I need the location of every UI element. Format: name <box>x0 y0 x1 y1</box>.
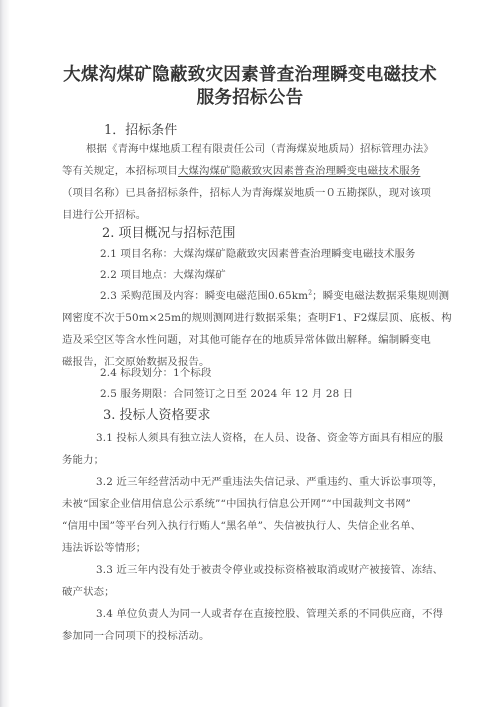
item-2-3-line: 造及采空区等含水性问题，对其他可能存在的地质异常体做出解释。编制瞬变电 <box>62 331 431 346</box>
paragraph-line: 等有关规定，本招标项目大煤沟煤矿隐蔽致灾因素普查治理瞬变电磁技术服务 <box>62 162 420 177</box>
item-3-4-line: 3.4 单位负责人为同一人或者存在直接控股、管理关系的不同供应商，不得 <box>96 605 443 620</box>
item-3-2-line: 违法诉讼等情形； <box>62 539 146 554</box>
item-2-3-text: 2.3 采购范围及内容：瞬变电磁范围0.65km <box>100 290 308 302</box>
item-3-1-line: 3.1 投标人须具有独立法人资格，在人员、设备、资金等方面具有相应的服 <box>96 429 443 444</box>
paragraph-text: 等有关规定，本招标项目 <box>62 165 178 177</box>
section-heading-1: 1．招标条件 <box>104 119 177 138</box>
item-2-2: 2.2 项目地点：大煤沟煤矿 <box>100 266 226 281</box>
item-3-1-line: 务能力； <box>62 451 104 466</box>
item-2-3-line: 网密度不次于50m×25m的规则测网进行数据采集；查明F1、F2煤层顶、底板、构 <box>62 309 452 324</box>
paragraph-line: 目进行公开招标。 <box>62 206 146 221</box>
paragraph-line: 根据《青海中煤地质工程有限责任公司（青海煤炭地质局）招标管理办法》 <box>86 140 434 155</box>
section-heading-2: 2. 项目概况与招标范围 <box>102 222 236 241</box>
document-title-line1: 大煤沟煤矿隐蔽致灾因素普查治理瞬变电磁技术 <box>0 61 500 86</box>
item-3-2-line: 3.2 近三年经营活动中无严重违法失信记录、严重违约、重大诉讼事项等， <box>96 473 443 488</box>
item-3-2-line: “信用中国”等平台列入执行行贿人“黑名单”、失信被执行人、失信企业名单、 <box>62 517 421 532</box>
section-heading-3: 3. 投标人资格要求 <box>103 404 211 423</box>
item-3-3-line: 破产状态； <box>62 583 115 598</box>
item-3-2-line: 未被“国家企业信用信息公示系统”“中国执行信息公开网”“中国裁判文书网” <box>62 495 411 510</box>
project-name-underlined: 大煤沟煤矿隐蔽致灾因素普查治理瞬变电磁技术服务 <box>178 165 420 177</box>
item-2-3-line: 2.3 采购范围及内容：瞬变电磁范围0.65km2；瞬变电磁法数据采集规则测 <box>100 287 449 302</box>
paragraph-line: （项目名称）已具备招标条件，招标人为青海煤炭地质一０五勘探队，现对该项 <box>62 184 431 199</box>
item-2-1: 2.1 项目名称：大煤沟煤矿隐蔽致灾因素普查治理瞬变电磁技术服务 <box>100 245 416 260</box>
item-3-3-line: 3.3 近三年内没有处于被责令停业或投标资格被取消或财产被接管、冻结、 <box>96 561 443 576</box>
document-page: 大煤沟煤矿隐蔽致灾因素普查治理瞬变电磁技术 服务招标公告 1．招标条件 根据《青… <box>0 0 500 707</box>
item-2-4: 2.4 标段划分：1个标段 <box>100 364 212 379</box>
item-2-3-text: ；瞬变电磁法数据采集规则测 <box>312 290 449 302</box>
item-3-4-line: 参加同一合同项下的投标活动。 <box>62 627 210 642</box>
item-2-5: 2.5 服务期限：合同签订之日至 2024 年 12 月 28 日 <box>100 385 353 400</box>
document-title-line2: 服务招标公告 <box>0 84 500 109</box>
